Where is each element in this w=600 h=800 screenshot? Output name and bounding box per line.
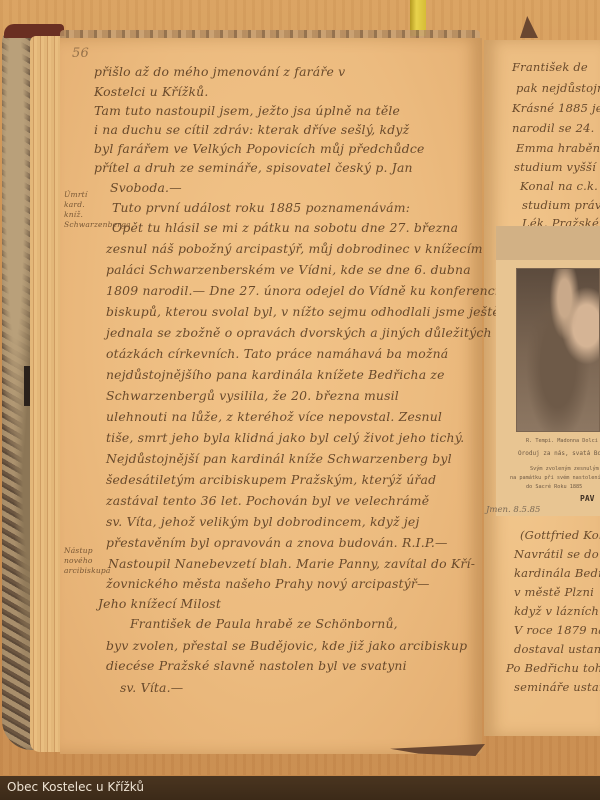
text-line: Tuto první událost roku 1885 poznamenává…	[112, 200, 410, 215]
text-line: jednala se zbožně o opravách dvorských a…	[106, 325, 492, 340]
card-caption-line: na památku při svém nastolení	[510, 475, 600, 481]
text-line: Po Bedřichu toho	[506, 661, 600, 675]
text-line: v městě Plzni	[514, 585, 594, 599]
text-line: Jeho knížecí Milost	[98, 596, 221, 611]
text-line: dostaval ustanoven	[514, 642, 600, 656]
text-line: nejdůstojnějšího pana kardinála knížete …	[106, 367, 445, 382]
text-line: diecése Pražské slavně nastolen byl ve s…	[106, 658, 407, 673]
text-line: když v lázních	[514, 604, 599, 618]
text-line: paláci Schwarzenberském ve Vídni, kde se…	[106, 262, 471, 277]
text-line: Nastoupil Nanebevzetí blah. Marie Panny,…	[108, 556, 475, 571]
text-line: 1809 narodil.— Dne 27. února odejel do V…	[106, 283, 499, 298]
text-line: Opět tu hlásil se mi z pátku na sobotu d…	[112, 220, 458, 235]
text-line: Nejdůstojnější pan kardinál kníže Schwar…	[106, 451, 452, 466]
text-line: přítel a druh ze semináře, spisovatel če…	[94, 160, 413, 175]
madonna-and-child-image	[516, 268, 600, 432]
text-line: Svoboda.—	[110, 180, 182, 195]
caption-text: Obec Kostelec u Křížků	[7, 780, 144, 794]
text-line: byl farářem ve Velkých Popovicích můj př…	[94, 141, 425, 156]
text-line: žovnického města našeho Prahy nový arcip…	[106, 576, 430, 591]
text-line: otázkách církevních. Tato práce namáhavá…	[106, 346, 448, 361]
text-line: biskupů, kterou svolal byl, v nížto sejm…	[106, 304, 500, 319]
text-line: studium právo	[522, 198, 600, 212]
text-line: narodil se 24.	[512, 121, 595, 135]
text-line: Emma hraběn	[516, 141, 600, 155]
text-line: byv zvolen, přestal se Budějovic, kde ji…	[106, 638, 467, 653]
text-line: Schwarzenbergů vysilila, že 20. března m…	[106, 388, 399, 403]
card-caption-line: Oroduj za nás, svatá Boží Rodičko	[518, 450, 600, 457]
caption-bar: Obec Kostelec u Křížků	[0, 776, 600, 800]
card-caption-line: do Sacré Roku 1885	[526, 484, 582, 490]
text-line: Konal na c.k. gy	[520, 179, 600, 193]
text-line: Kostelci u Křížků.	[94, 84, 208, 99]
holy-card: R. Tempi. Madonna Dolci Oroduj za nás, s…	[496, 226, 600, 516]
text-line: šedesátiletým arcibiskupem Pražským, kte…	[106, 472, 436, 487]
text-line: zesnul náš pobožný arcipastýř, můj dobro…	[106, 241, 483, 256]
text-line: kardinála Bedřich	[514, 566, 600, 580]
text-line: studium vyšší	[514, 160, 596, 174]
text-line: semináře ustan	[514, 680, 600, 694]
text-line: (Gottfried Kohl	[520, 528, 600, 542]
text-line: sv. Víta, jehož velikým byl dobrodincem,…	[106, 514, 420, 529]
text-line: i na duchu se cítil zdráv: kterak dříve …	[94, 122, 409, 137]
page-number: 56	[72, 46, 89, 61]
card-signature: PAV	[580, 494, 594, 503]
image-credit: R. Tempi. Madonna Dolci	[526, 438, 598, 444]
text-line: přišlo až do mého jmenování z faráře v	[94, 64, 345, 79]
margin-note: Úmrtí kard. kníž. Schwarzenberga	[64, 190, 104, 230]
text-line: přestavěním byl opravován a znova budová…	[106, 535, 448, 550]
card-header	[496, 226, 600, 260]
margin-note: Nástup nového arcibiskupa	[64, 546, 104, 576]
text-line: tiše, smrt jeho byla klidná jako byl cel…	[106, 430, 464, 445]
text-line: sv. Víta.—	[120, 680, 183, 695]
text-line: František de	[512, 60, 588, 74]
text-line: Krásné 1885 je	[512, 101, 600, 115]
text-line: V roce 1879 nás	[514, 623, 600, 637]
text-line: zastával tento 36 let. Pochován byl ve v…	[106, 493, 429, 508]
text-line: ulehnouti na lůže, z kteréhož více nepov…	[106, 409, 442, 424]
card-caption-line: Svým zvoleným zesnulým	[530, 466, 599, 472]
text-line: pak nejdůstojn	[516, 81, 600, 95]
text-line: Tam tuto nastoupil jsem, ježto jsa úplně…	[94, 103, 400, 118]
text-line: František de Paula hrabě ze Schönbornů,	[130, 616, 398, 631]
document-viewer: 56 přišlo až do mého jmenování z faráře …	[0, 0, 600, 775]
archive-stamp: Jmen. 8.5.85	[486, 505, 540, 515]
text-line: Navrátil se do	[514, 547, 599, 561]
